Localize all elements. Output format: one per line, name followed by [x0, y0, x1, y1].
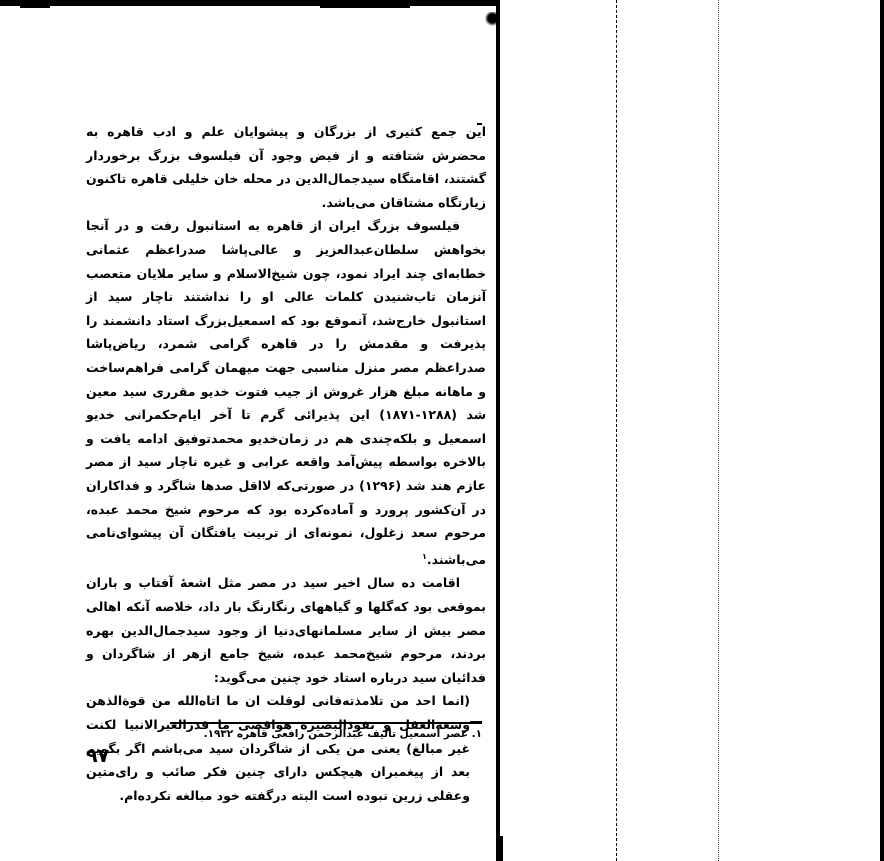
- paragraph: این جمع کثیری از بزرگان و پیشوایان علم و…: [86, 120, 486, 214]
- footnote: ۱. عصر اسمعیل تألیف عبدالرحمن رافعی قاهر…: [160, 726, 482, 742]
- scan-top-edge: [0, 0, 498, 6]
- scan-right-edge: [880, 0, 884, 861]
- scan-artifact: [484, 12, 496, 28]
- paragraph: اقامت ده سال اخیر سید در مصر مثل اشعهٔ آ…: [86, 571, 486, 689]
- scan-dashed-line: [616, 0, 617, 861]
- scan-artifact: [320, 6, 410, 8]
- footnote-divider: [170, 722, 482, 724]
- scan-artifact: [20, 6, 50, 8]
- page-number: ۹۷: [86, 745, 109, 767]
- paragraph: فیلسوف بزرگ ایران از قاهره به استانبول ر…: [86, 214, 486, 571]
- arabic-quote: (انما احد من تلامذته‌فانی لوقلت ان ما ات…: [86, 689, 470, 807]
- scan-dotted-line: [718, 0, 719, 861]
- book-spine-edge: [500, 836, 503, 861]
- book-spine-edge: [496, 0, 500, 861]
- page-body: این جمع کثیری از بزرگان و پیشوایان علم و…: [86, 120, 486, 807]
- paragraph-text: فیلسوف بزرگ ایران از قاهره به استانبول ر…: [86, 218, 486, 566]
